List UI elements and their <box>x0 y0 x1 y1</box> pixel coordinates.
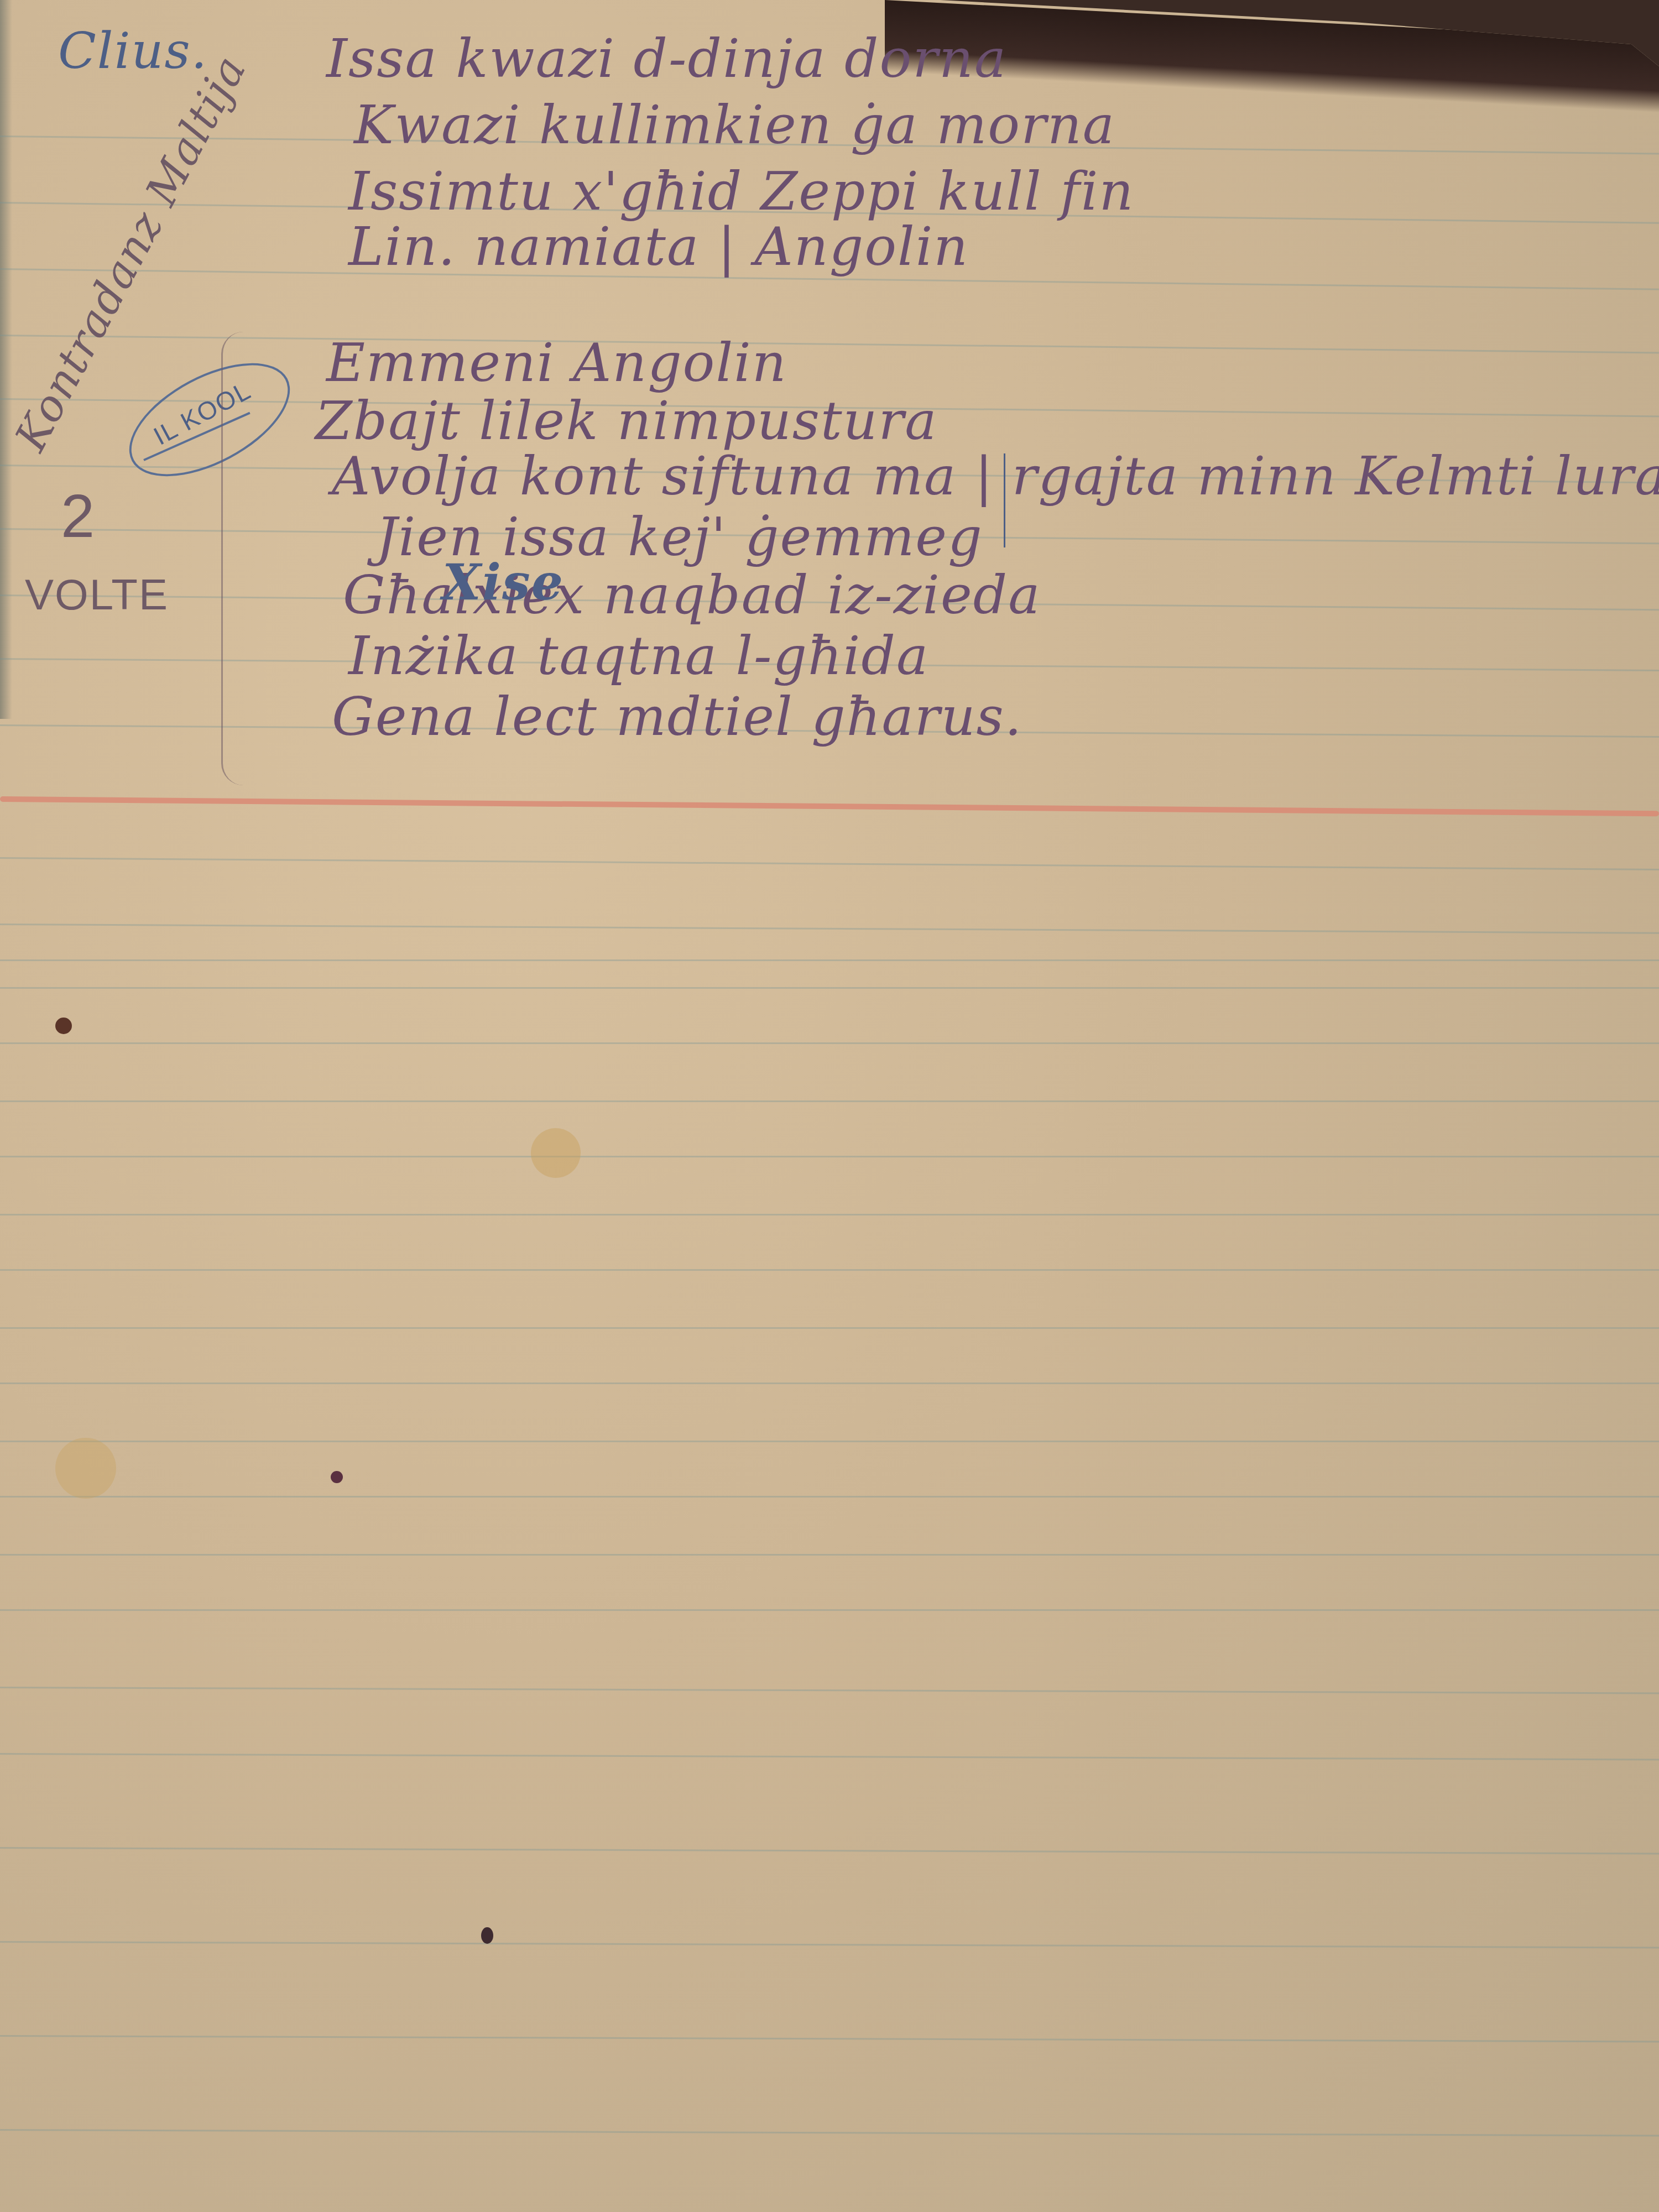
ruled-line <box>0 959 1659 961</box>
verse-1-line-3: Issimtu x'għid Zeppi kull fin <box>348 160 1134 222</box>
ruled-line <box>0 1496 1659 1498</box>
verse-2-line-2: Zbajt lilek nimpustura <box>315 390 938 452</box>
verse-2-line-6: Inżika taqtna l-għida <box>348 625 929 687</box>
verse-2-line-7: Gena lect mdtiel għarus. <box>332 686 1022 748</box>
verse-1-line-2: Kwazi kullimkien ġa morna <box>354 94 1115 156</box>
ruled-line <box>0 987 1659 989</box>
ruled-line <box>0 1383 1659 1384</box>
ruled-line <box>0 1100 1659 1102</box>
ruled-line <box>0 2035 1659 2042</box>
margin-number: 2 <box>61 481 96 551</box>
ruled-line <box>0 2129 1659 2136</box>
ink-speck <box>55 1018 72 1034</box>
verse-divider-stroke <box>1004 453 1005 547</box>
ruled-line <box>0 1042 1659 1044</box>
ruled-line <box>0 924 1659 934</box>
verse-2-line-1: Emmeni Angolin <box>326 332 787 394</box>
ink-speck <box>481 1927 493 1944</box>
ruled-line <box>0 1687 1659 1694</box>
verse-1-line-1: Issa kwazi d-dinja dorna <box>326 28 1007 90</box>
water-stain <box>531 1128 581 1178</box>
page-binding-edge <box>0 0 12 719</box>
ruled-line <box>0 1441 1659 1442</box>
ruled-line <box>0 1554 1659 1556</box>
ruled-line <box>0 1156 1659 1157</box>
red-margin-line <box>0 796 1659 816</box>
ruled-line <box>0 1753 1659 1760</box>
verse-1-line-4: Lin. namiata | Angolin <box>348 216 969 278</box>
ruled-line <box>0 1269 1659 1271</box>
ruled-line <box>0 1847 1659 1854</box>
ruled-line <box>0 857 1659 870</box>
margin-label-volte: VOLTE <box>25 570 169 620</box>
ink-speck <box>331 1471 343 1483</box>
verse-2-line-3: Avolja kont siftuna ma | rgajta minn Kel… <box>332 445 1659 507</box>
ruled-line <box>0 1327 1659 1329</box>
verse-bracket <box>221 332 256 785</box>
margin-label-clius: Clius. <box>58 22 208 80</box>
blue-overwrite: Xise <box>442 553 564 612</box>
ruled-line <box>0 1609 1659 1611</box>
water-stain <box>55 1438 116 1499</box>
notebook-page: Clius. Kontradanz Maltija IL KOOL 2 VOLT… <box>0 0 1659 2212</box>
ruled-line <box>0 1214 1659 1215</box>
ruled-line <box>0 1941 1659 1948</box>
